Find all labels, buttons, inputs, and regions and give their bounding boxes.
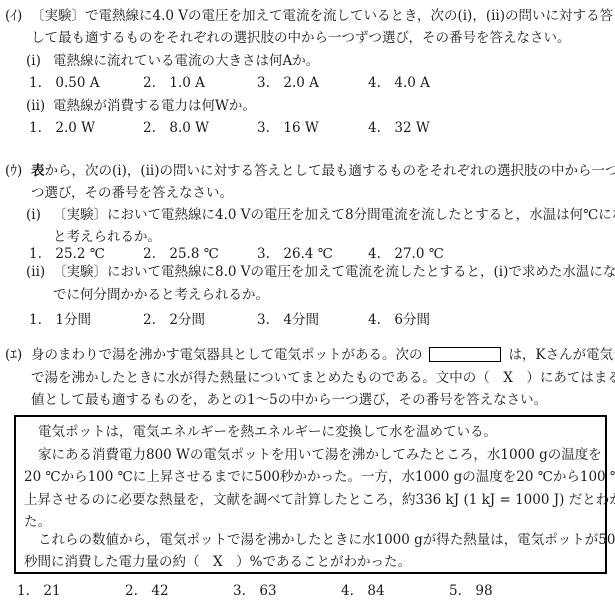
- note-line-2: 家にある消費電力800 Wの電気ポットを用いて湯を沸かしてみたところ，水1000…: [38, 447, 602, 464]
- q-e-choice-1: 1. 21: [17, 583, 61, 600]
- q-e-choice-4: 4. 84: [341, 583, 385, 600]
- q-u-intro-line1-rest: から，次の(i)，(ii)の問いに対する答えとして最も適するものをそれぞれの選択…: [45, 163, 615, 179]
- q-i-sub-i-choice-4: 4. 4.0 A: [368, 75, 430, 92]
- q-i-sub-ii-marker: (ii): [26, 98, 45, 115]
- q-i-sub-ii-choice-3: 3. 16 W: [257, 120, 319, 137]
- q-i-sub-i-choice-1: 1. 0.50 A: [29, 75, 99, 92]
- q-i-sub-ii-choice-2: 2. 8.0 W: [143, 120, 209, 137]
- q-u-intro-line2: つ選び，その番号を答えなさい。: [31, 185, 233, 202]
- q-e-choice-3: 3. 63: [233, 583, 277, 600]
- q-u-sub-i-choice-2: 2. 25.8 ℃: [143, 246, 219, 263]
- q-u-intro-line1: 表から，次の(i)，(ii)の問いに対する答えとして最も適するものをそれぞれの選…: [31, 163, 615, 180]
- q-u-sub-i-choice-3: 3. 26.4 ℃: [257, 246, 333, 263]
- q-u-marker: (ｳ): [5, 163, 22, 180]
- q-u-sub-ii-marker: (ii): [26, 264, 45, 281]
- exam-page: { "page": { "background": "#ffffff", "in…: [0, 0, 615, 603]
- note-line-1: 電気ポットは，電気エネルギーを熱エネルギーに変換して水を温めている。: [38, 424, 497, 441]
- note-line-5: た。: [24, 514, 51, 531]
- q-i-sub-ii-choice-4: 4. 32 W: [368, 120, 430, 137]
- note-line-3: 20 ℃から100 ℃に上昇させるまでに500秒かかった。一方，水1000 gの…: [24, 469, 615, 486]
- q-u-sub-i-line1: 〔実験〕において電熱線に4.0 Vの電圧を加えて8分間電流を流したとすると，水温…: [53, 207, 615, 224]
- q-i-sub-i-question: 電熱線に流れている電流の大きさは何Aか。: [53, 53, 319, 70]
- q-u-sub-ii-choice-4: 4. 6分間: [368, 312, 430, 329]
- note-line-4: 上昇させるのに必要な熱量を，文献を調べて計算したところ，約336 kJ (1 k…: [24, 492, 615, 509]
- q-i-sub-i-choice-3: 3. 2.0 A: [257, 75, 319, 92]
- q-u-sub-ii-choice-3: 3. 4分間: [257, 312, 319, 329]
- note-line-7: 秒間に消費した電力量の約（ X ）%であることがわかった。: [24, 554, 411, 571]
- q-e-choice-2: 2. 42: [125, 583, 169, 600]
- q-i-sub-i-marker: (i): [26, 53, 41, 70]
- q-e-line1-before-blank: 身のまわりで湯を沸かす電気器具として電気ポットがある。次の: [31, 347, 423, 363]
- q-u-sub-ii-line2: でに何分間かかると考えられるか。: [53, 287, 269, 304]
- q-e-choice-5: 5. 98: [449, 583, 493, 600]
- q-i-sub-i-choice-2: 2. 1.0 A: [143, 75, 205, 92]
- fill-in-blank-box: [429, 347, 501, 362]
- q-u-sub-ii-choice-1: 1. 1分間: [29, 312, 91, 329]
- q-i-sub-ii-choice-1: 1. 2.0 W: [29, 120, 95, 137]
- q-e-line2: で湯を沸かしたときに水が得た熱量についてまとめたものである。文中の（ X ）にあ…: [31, 370, 615, 387]
- q-u-sub-i-choice-1: 1. 25.2 ℃: [29, 246, 105, 263]
- q-i-intro-line2: して最も適するものをそれぞれの選択肢の中から一つずつ選び，その番号を答えなさい。: [31, 30, 570, 47]
- q-e-marker: (ｴ): [5, 347, 22, 364]
- q-u-sub-i-choice-4: 4. 27.0 ℃: [368, 246, 444, 263]
- q-i-sub-ii-question: 電熱線が消費する電力は何Wか。: [53, 98, 256, 115]
- q-u-sub-i-marker: (i): [26, 207, 41, 224]
- q-i-intro-line1: 〔実験〕で電熱線に4.0 Vの電圧を加えて電流を流しているとき，次の(i)，(i…: [31, 8, 615, 25]
- q-u-sub-ii-line1: 〔実験〕において電熱線に8.0 Vの電圧を加えて電流を流したとすると，(i)で求…: [53, 264, 615, 281]
- q-i-marker: (ｲ): [5, 8, 22, 25]
- q-u-sub-ii-choice-2: 2. 2分間: [143, 312, 205, 329]
- q-e-line3: 値として最も適するものを，あとの1～5の中から一つ選び，その番号を答えなさい。: [31, 392, 547, 409]
- q-e-line1: 身のまわりで湯を沸かす電気器具として電気ポットがある。次のは，Kさんが電気ポット: [31, 347, 615, 364]
- q-e-line1-after-blank: は，Kさんが電気ポット: [509, 347, 615, 363]
- note-line-6: これらの数値から，電気ポットで湯を沸かしたときに水1000 gが得た熱量は，電気…: [38, 532, 615, 549]
- q-u-sub-i-line2: と考えられるか。: [53, 229, 161, 246]
- q-u-intro-bold-word: 表: [31, 163, 45, 179]
